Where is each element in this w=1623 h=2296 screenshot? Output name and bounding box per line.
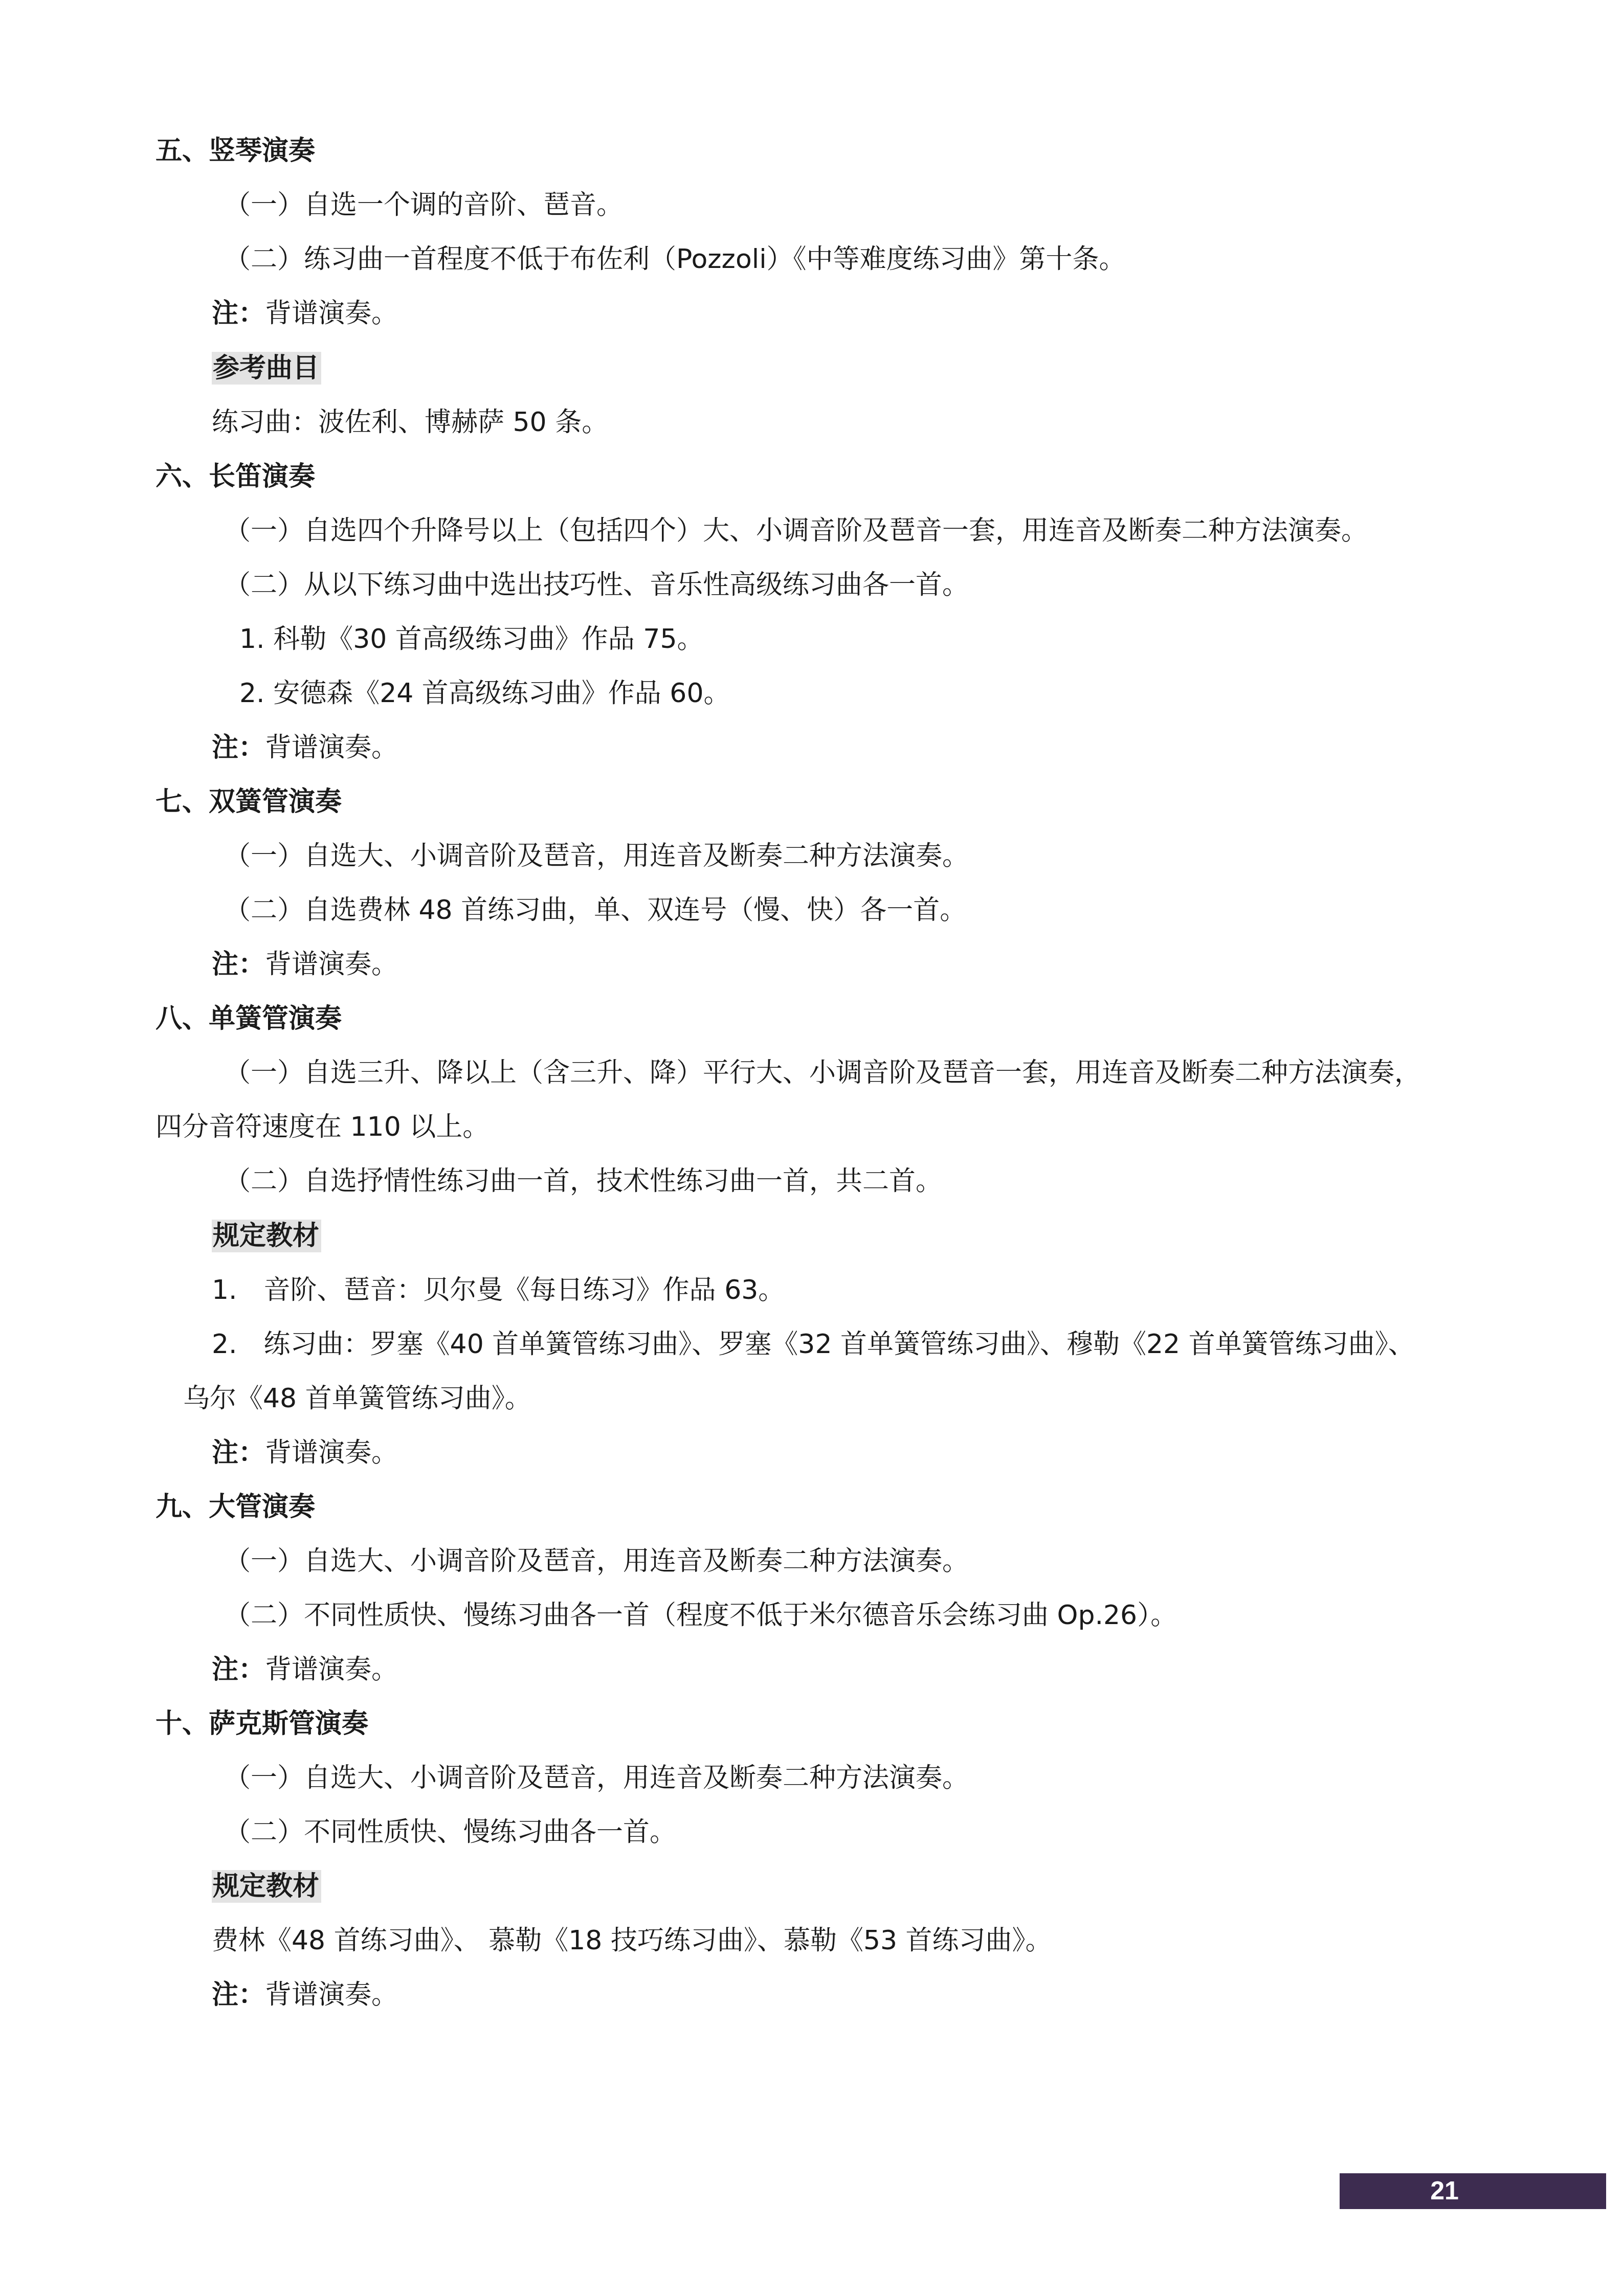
note-line: 注：背谱演奏。 <box>212 731 398 764</box>
section-heading-oboe: 七、双簧管演奏 <box>155 785 342 818</box>
note-text: 背谱演奏。 <box>265 949 398 980</box>
section-heading-harp: 五、竖琴演奏 <box>155 134 315 167</box>
section-heading-clarinet: 八、单簧管演奏 <box>155 1002 342 1035</box>
note-label: 注： <box>212 1654 265 1685</box>
note-label: 注： <box>212 732 265 763</box>
requirement-item: （二）自选抒情性练习曲一首，技术性练习曲一首，共二首。 <box>224 1165 942 1198</box>
note-text: 背谱演奏。 <box>265 1654 398 1685</box>
requirement-item: （二）自选费林 48 首练习曲，单、双连号（慢、快）各一首。 <box>224 894 966 927</box>
requirement-item: （二）练习曲一首程度不低于布佐利（Pozzoli）《中等难度练习曲》第十条。 <box>224 243 1126 276</box>
list-item: 1. 音阶、琶音：贝尔曼《每日练习》作品 63。 <box>212 1274 785 1307</box>
requirement-item: （一）自选一个调的音阶、琶音。 <box>224 189 623 221</box>
reference-pieces-tag: 参考曲目 <box>212 352 321 385</box>
prescribed-materials-tag: 规定教材 <box>212 1870 321 1903</box>
note-line: 注：背谱演奏。 <box>212 297 398 330</box>
requirement-item: （一）自选大、小调音阶及琶音，用连音及断奏二种方法演奏。 <box>224 840 969 872</box>
page-number: 21 <box>1340 2175 1549 2206</box>
reference-content: 练习曲：波佐利、博赫萨 50 条。 <box>212 406 608 439</box>
note-line: 注：背谱演奏。 <box>212 1653 398 1686</box>
requirement-item: （一）自选三升、降以上（含三升、降）平行大、小调音阶及琶音一套，用连音及断奏二种… <box>224 1056 1421 1089</box>
list-item: 2. 安德森《24 首高级练习曲》作品 60。 <box>239 677 730 710</box>
note-line: 注：背谱演奏。 <box>212 948 398 981</box>
requirement-item: （一）自选四个升降号以上（包括四个）大、小调音阶及琶音一套，用连音及断奏二种方法… <box>224 514 1368 547</box>
note-text: 背谱演奏。 <box>265 732 398 763</box>
list-item: 2. 练习曲：罗塞《40 首单簧管练习曲》、罗塞《32 首单簧管练习曲》、穆勒《… <box>212 1328 1415 1361</box>
requirement-item: （二）不同性质快、慢练习曲各一首（程度不低于米尔德音乐会练习曲 Op.26）。 <box>224 1599 1177 1632</box>
requirement-item: （一）自选大、小调音阶及琶音，用连音及断奏二种方法演奏。 <box>224 1762 969 1794</box>
note-label: 注： <box>212 298 265 329</box>
note-text: 背谱演奏。 <box>265 1979 398 2010</box>
note-label: 注： <box>212 1437 265 1468</box>
requirement-item: （一）自选大、小调音阶及琶音，用连音及断奏二种方法演奏。 <box>224 1545 969 1578</box>
note-line: 注：背谱演奏。 <box>212 1978 398 2011</box>
section-heading-bassoon: 九、大管演奏 <box>155 1491 315 1523</box>
list-item: 1. 科勒《30 首高级练习曲》作品 75。 <box>239 623 704 656</box>
list-item-continued: 乌尔《48 首单簧管练习曲》。 <box>183 1382 531 1415</box>
requirement-item: （二）从以下练习曲中选出技巧性、音乐性高级练习曲各一首。 <box>224 569 969 601</box>
note-label: 注： <box>212 949 265 980</box>
prescribed-materials-content: 费林《48 首练习曲》、 慕勒《18 技巧练习曲》、慕勒《53 首练习曲》。 <box>212 1924 1052 1957</box>
note-text: 背谱演奏。 <box>265 1437 398 1468</box>
note-label: 注： <box>212 1979 265 2010</box>
note-line: 注：背谱演奏。 <box>212 1436 398 1469</box>
prescribed-materials-tag: 规定教材 <box>212 1220 321 1252</box>
page-number-bar: 21 <box>1340 2173 1606 2209</box>
requirement-item-continued: 四分音符速度在 110 以上。 <box>155 1111 489 1143</box>
section-heading-saxophone: 十、萨克斯管演奏 <box>155 1707 368 1740</box>
section-heading-flute: 六、长笛演奏 <box>155 460 315 493</box>
note-text: 背谱演奏。 <box>265 298 398 329</box>
requirement-item: （二）不同性质快、慢练习曲各一首。 <box>224 1816 676 1849</box>
